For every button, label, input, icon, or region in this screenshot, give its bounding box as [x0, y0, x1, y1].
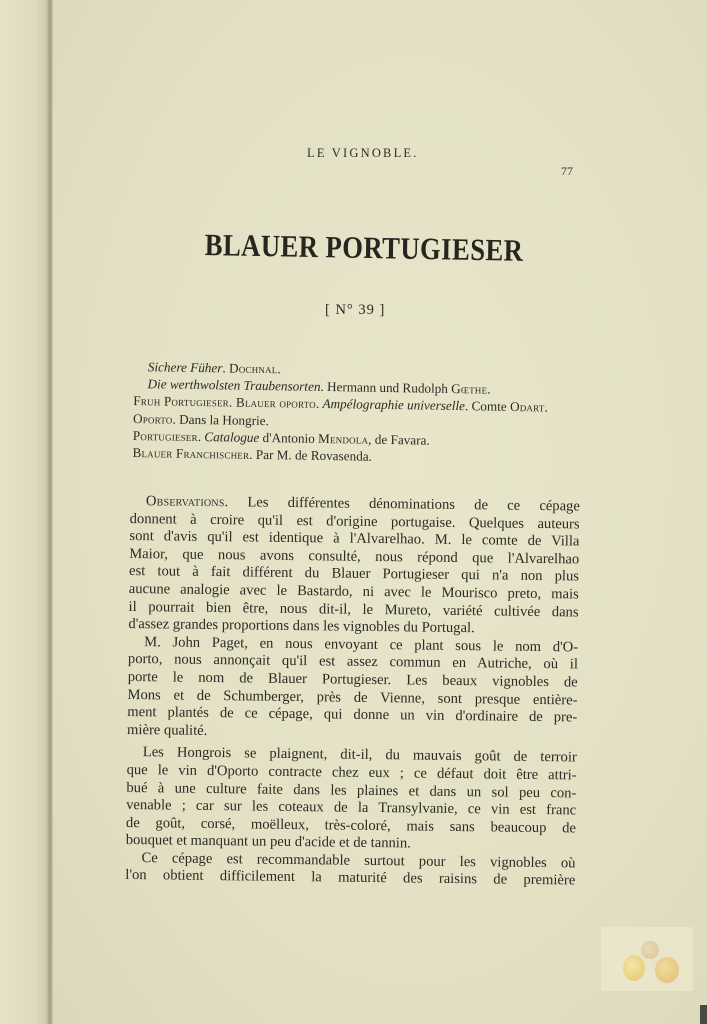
synonym-fragment: .: [544, 400, 548, 415]
page-number: 77: [561, 164, 573, 179]
synonym-fragment: . Dans la Hongrie.: [172, 411, 269, 428]
synonym-fragment: Die werthwolsten Traubensorten: [147, 376, 320, 394]
synonyms-list: Sichere Füher. Dochnal.Die werthwolsten …: [132, 358, 594, 468]
synonym-fragment: . Par M. de Rovasenda.: [249, 447, 372, 464]
synonym-fragment: Portugieser: [133, 428, 198, 444]
synonym-fragment: Blauer Franchischer: [132, 445, 249, 462]
synonym-fragment: , de Favara.: [368, 432, 430, 448]
synonym-fragment: . Comte: [465, 399, 510, 415]
observations-label: Observations: [146, 493, 225, 510]
synonym-fragment: d'Antonio: [259, 430, 318, 446]
synonym-fragment: Gœthe: [451, 381, 487, 397]
entry-number: [ N° 39 ]: [325, 302, 385, 319]
running-head: LE VIGNOBLE.: [307, 146, 419, 161]
synonym-fragment: Ampélographie universelle: [322, 396, 465, 413]
synonym-fragment: Mendola: [318, 431, 368, 447]
synonym-fragment: Catalogue: [204, 429, 259, 445]
watermark-fruit: [655, 957, 679, 983]
synonym-fragment: Oporto: [133, 411, 173, 427]
synonym-fragment: .: [277, 361, 281, 376]
synonym-fragment: .: [487, 382, 491, 397]
watermark-fruit: [641, 941, 659, 959]
left-page-edge: [0, 0, 50, 1024]
page-title: BLAUER PORTUGIESER: [205, 227, 524, 269]
watermark-fruit: [623, 955, 645, 981]
synonym-fragment: Dochnal: [229, 360, 278, 376]
synonym-fragment: . Hermann und Rudolph: [320, 379, 451, 396]
synonym-fragment: Odart: [510, 399, 545, 415]
synonym-fragment: Fruh Portugieser. Blauer oporto: [133, 393, 316, 411]
fruit-watermark-icon: [601, 927, 693, 991]
synonym-fragment: Sichere Füher: [148, 359, 223, 375]
scan-edge-shadow: [700, 1005, 707, 1024]
body-text: Observations. Les différentes dénominati…: [125, 493, 580, 891]
